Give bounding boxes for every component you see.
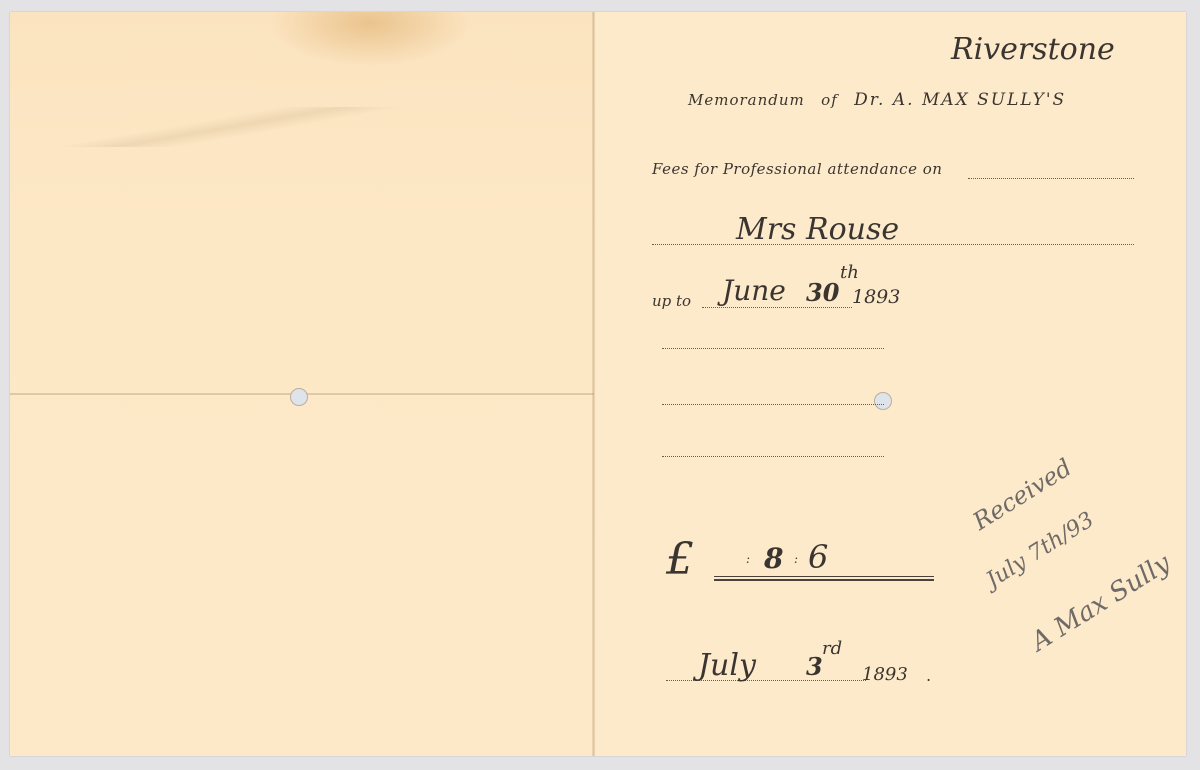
pound-symbol: £ [666, 534, 694, 585]
right-page: Riverstone Memorandum of Dr. A. MAX SULL… [596, 12, 1186, 756]
memo-heading: Memorandum of Dr. A. MAX SULLY'S [688, 90, 1066, 110]
date-day: 3 [806, 652, 823, 681]
receipt-signature: A Max Sully [1026, 548, 1176, 657]
fees-line [968, 178, 1134, 179]
location-handwritten: Riverstone [951, 32, 1115, 67]
blank-line-3 [662, 456, 884, 457]
document-sheet: Riverstone Memorandum of Dr. A. MAX SULL… [10, 12, 1186, 756]
fees-label: Fees for Professional attendance on [652, 160, 942, 178]
punch-hole-right [874, 392, 892, 410]
amount-rule-bottom [714, 579, 934, 581]
date-year: 1893 [862, 664, 908, 685]
period-day-suffix: th [840, 262, 859, 283]
patient-line [652, 244, 1134, 245]
blank-line-1 [662, 348, 884, 349]
date-day-suffix: rd [822, 638, 842, 659]
shillings-separator: : [794, 552, 798, 566]
date-month: July [698, 648, 756, 683]
shillings-value: 8 [764, 542, 783, 575]
blank-line-2 [662, 404, 884, 405]
pounds-separator: : [746, 552, 750, 566]
doctor-name: Dr. A. MAX SULLY'S [854, 90, 1066, 110]
period-day: 30 [806, 278, 839, 307]
period-month: June [722, 274, 786, 307]
date-period: . [926, 666, 931, 685]
date-line [666, 680, 866, 681]
memo-of: of [821, 91, 838, 109]
memo-word: Memorandum [688, 91, 805, 109]
left-page [10, 12, 594, 756]
amount-rule-top [714, 576, 934, 577]
patient-name: Mrs Rouse [736, 212, 899, 247]
up-to-label: up to [652, 292, 691, 310]
pence-value: 6 [808, 538, 828, 576]
center-fold [592, 12, 595, 756]
period-year: 1893 [852, 286, 900, 308]
water-stain [270, 12, 470, 67]
period-line [702, 307, 852, 308]
punch-hole-left [290, 388, 308, 406]
paper-crease [30, 107, 430, 147]
